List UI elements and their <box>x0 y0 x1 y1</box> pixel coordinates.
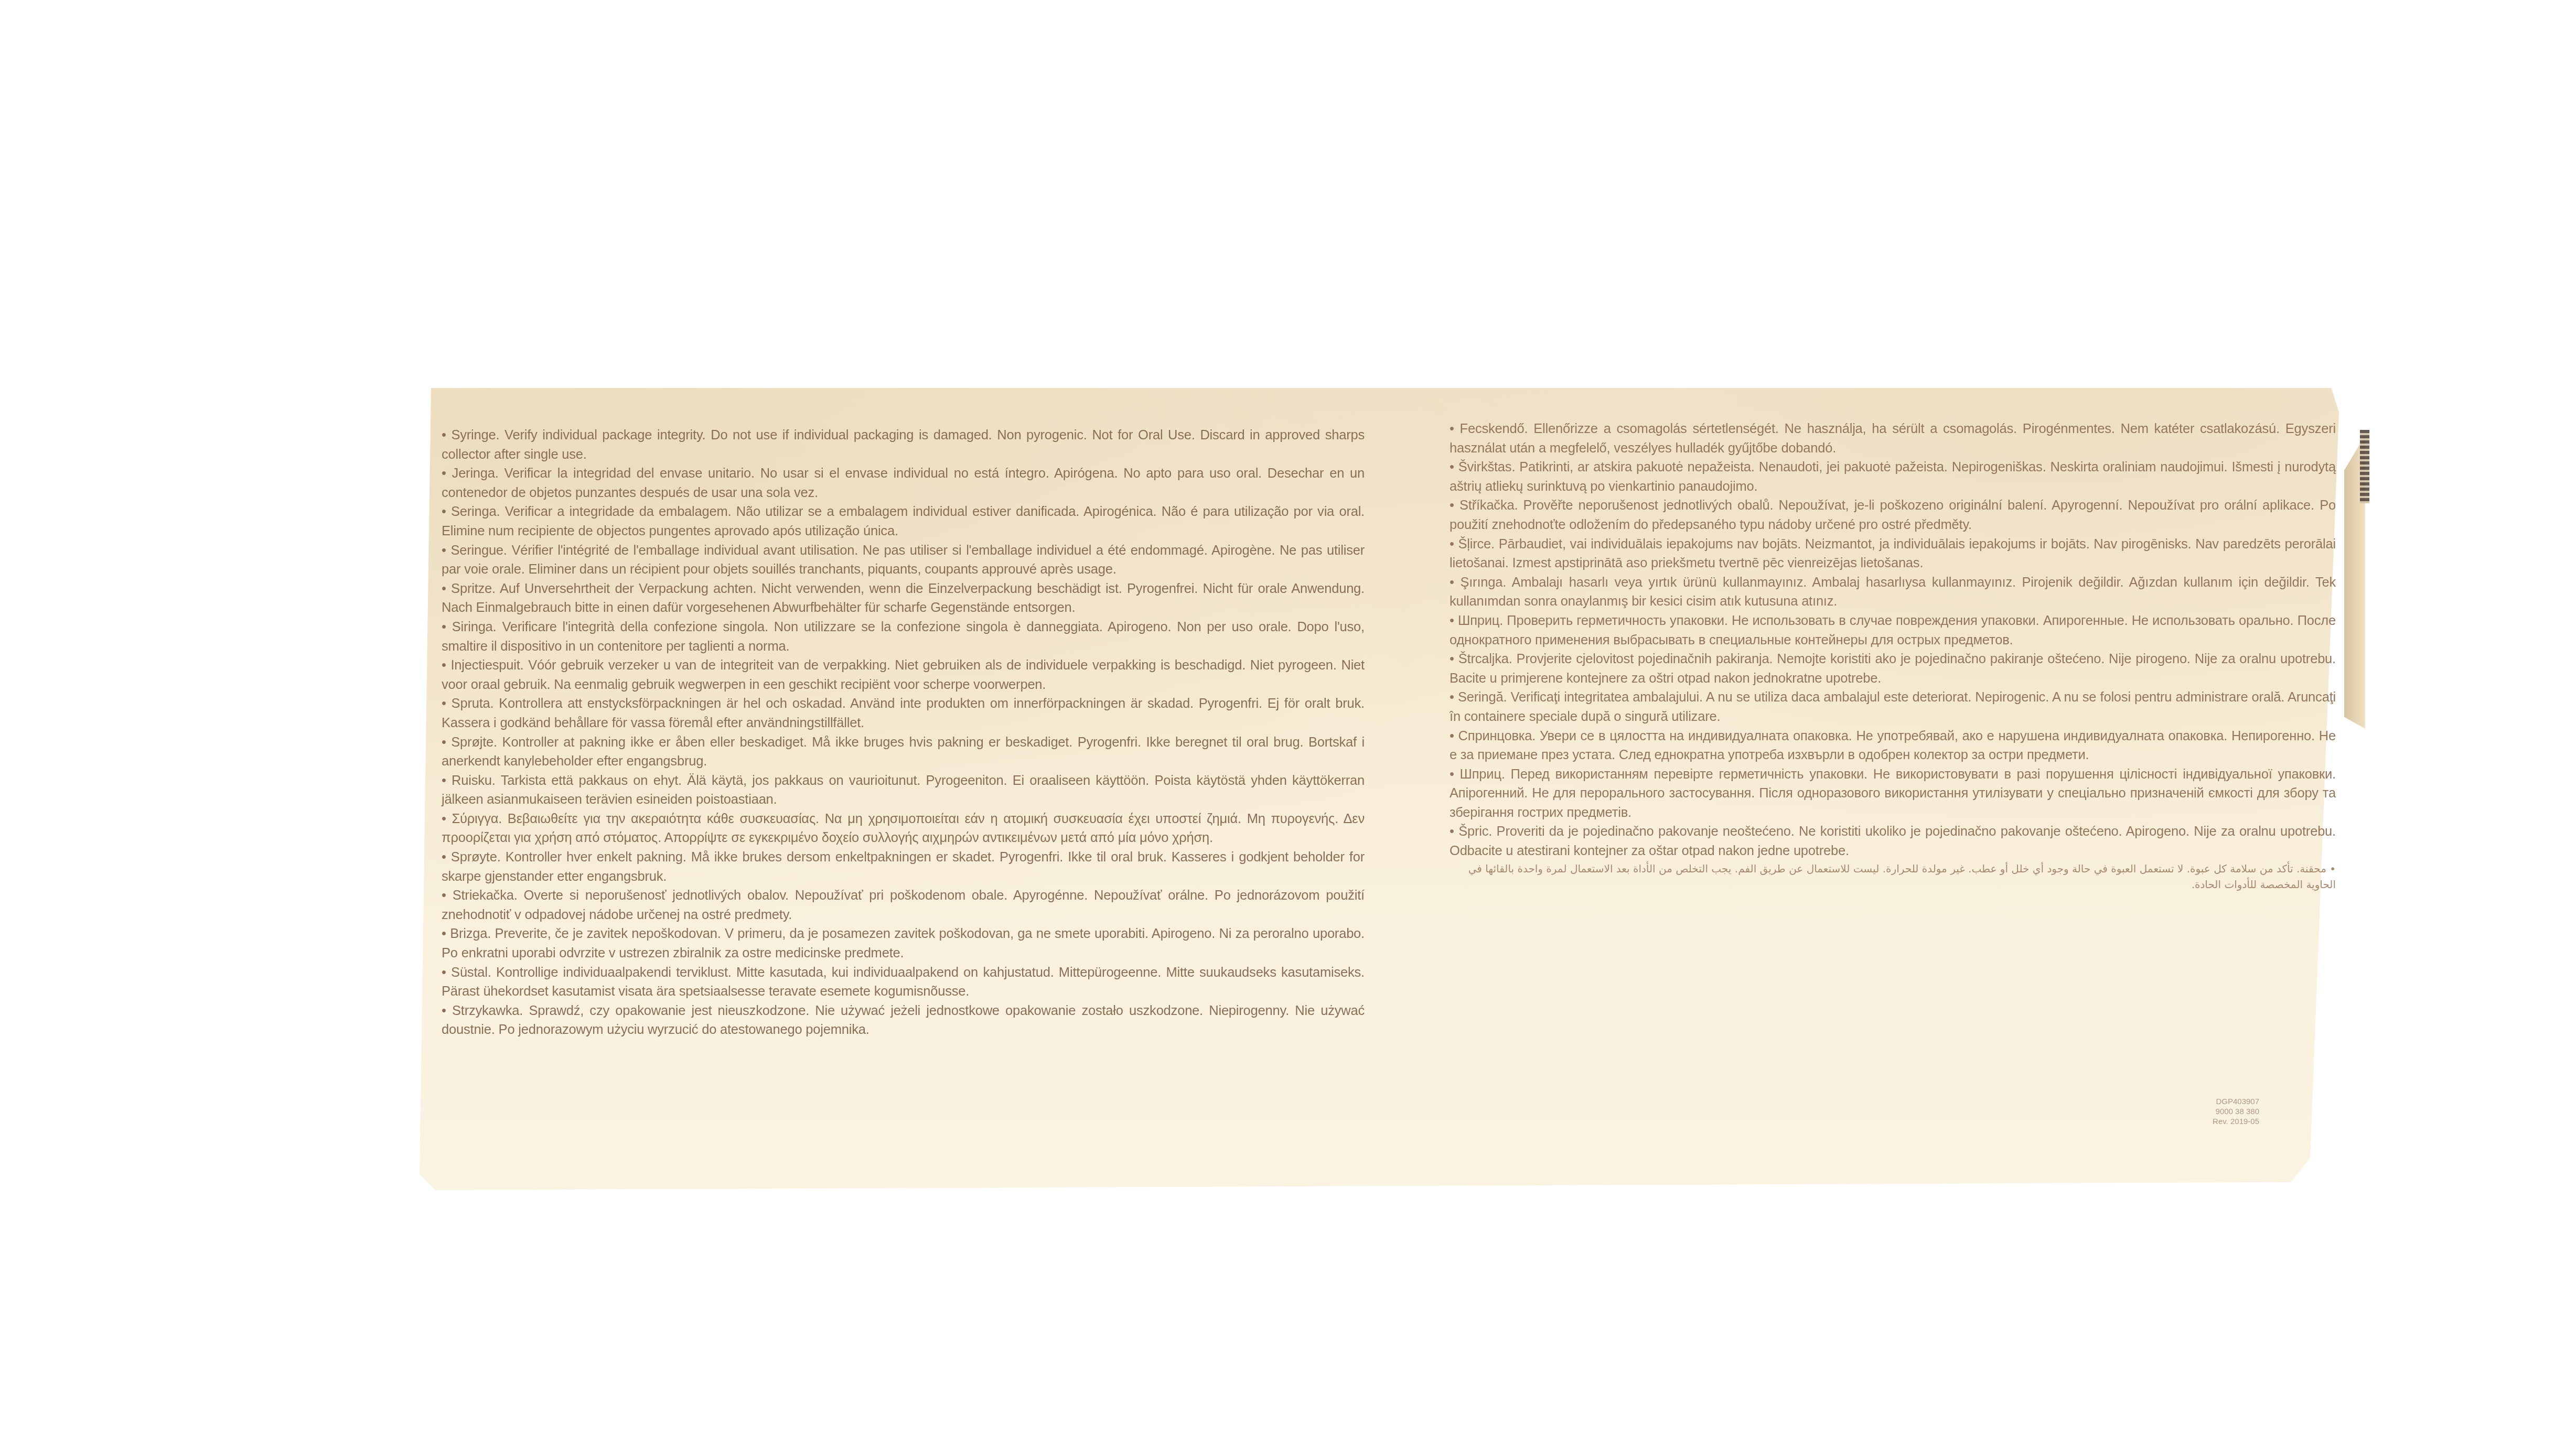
corrugated-edge <box>2360 430 2369 503</box>
instruction-ro: Seringă. Verificaţi integritatea ambalaj… <box>1450 688 2336 726</box>
instruction-sr: Špric. Proveriti da je pojedinačno pakov… <box>1450 822 2336 860</box>
instruction-es: Jeringa. Verificar la integridad del env… <box>442 464 1365 502</box>
instructions-right-column: Fecskendő. Ellenőrizze a csomagolás sért… <box>1450 419 2336 892</box>
instruction-sl: Brizga. Preverite, če je zavitek nepoško… <box>442 924 1365 963</box>
instruction-it: Siringa. Verificare l'integrità della co… <box>442 618 1365 656</box>
instruction-da: Sprøjte. Kontroller at pakning ikke er å… <box>442 733 1365 771</box>
code-line: Rev. 2019-05 <box>2186 1117 2259 1127</box>
instruction-lt: Švirkštas. Patikrinti, ar atskira pakuot… <box>1450 458 2336 496</box>
instruction-ar: • محقنة. تأكد من سلامة كل عبوة. لا تستعم… <box>1450 861 2336 892</box>
instruction-uk: Шприц. Перед використанням перевірте гер… <box>1450 765 2336 823</box>
code-line: DGP403907 <box>2186 1097 2259 1107</box>
instruction-en: Syringe. Verify individual package integ… <box>442 426 1365 464</box>
instruction-el: Σύριγγα. Βεβαιωθείτε για την ακεραιότητα… <box>442 809 1365 848</box>
instruction-hu: Fecskendő. Ellenőrizze a csomagolás sért… <box>1450 419 2336 458</box>
instruction-pl: Strzykawka. Sprawdź, czy opakowanie jest… <box>442 1001 1365 1040</box>
instruction-sk: Striekačka. Overte si neporušenosť jedno… <box>442 886 1365 924</box>
instruction-hr: Štrcaljka. Provjerite cjelovitost pojedi… <box>1450 650 2336 688</box>
code-line: 9000 38 380 <box>2186 1107 2259 1117</box>
instruction-cs: Stříkačka. Prověřte neporušenost jednotl… <box>1450 496 2336 534</box>
instruction-de: Spritze. Auf Unversehrtheit der Verpacku… <box>442 579 1365 618</box>
instruction-nl: Injectiespuit. Vóór gebruik verzeker u v… <box>442 656 1365 694</box>
instruction-pt: Seringa. Verificar a integridade da emba… <box>442 502 1365 541</box>
instruction-sv: Spruta. Kontrollera att enstycksförpackn… <box>442 694 1365 732</box>
instruction-tr: Şırınga. Ambalajı hasarlı veya yırtık ür… <box>1450 573 2336 611</box>
instruction-bg: Спринцовка. Увери се в цялостта на индив… <box>1450 727 2336 765</box>
instructions-left-column: Syringe. Verify individual package integ… <box>442 426 1365 1040</box>
instruction-no: Sprøyte. Kontroller hver enkelt pakning.… <box>442 848 1365 886</box>
instruction-lv: Šļirce. Pārbaudiet, vai individuālais ie… <box>1450 535 2336 573</box>
instruction-fi: Ruisku. Tarkista että pakkaus on ehyt. Ä… <box>442 771 1365 809</box>
instruction-fr: Seringue. Vérifier l'intégrité de l'emba… <box>442 541 1365 579</box>
instruction-et: Süstal. Kontrollige individuaalpakendi t… <box>442 963 1365 1001</box>
product-codes: DGP403907 9000 38 380 Rev. 2019-05 <box>2186 1097 2259 1127</box>
instruction-ru: Шприц. Проверить герметичность упаковки.… <box>1450 611 2336 650</box>
